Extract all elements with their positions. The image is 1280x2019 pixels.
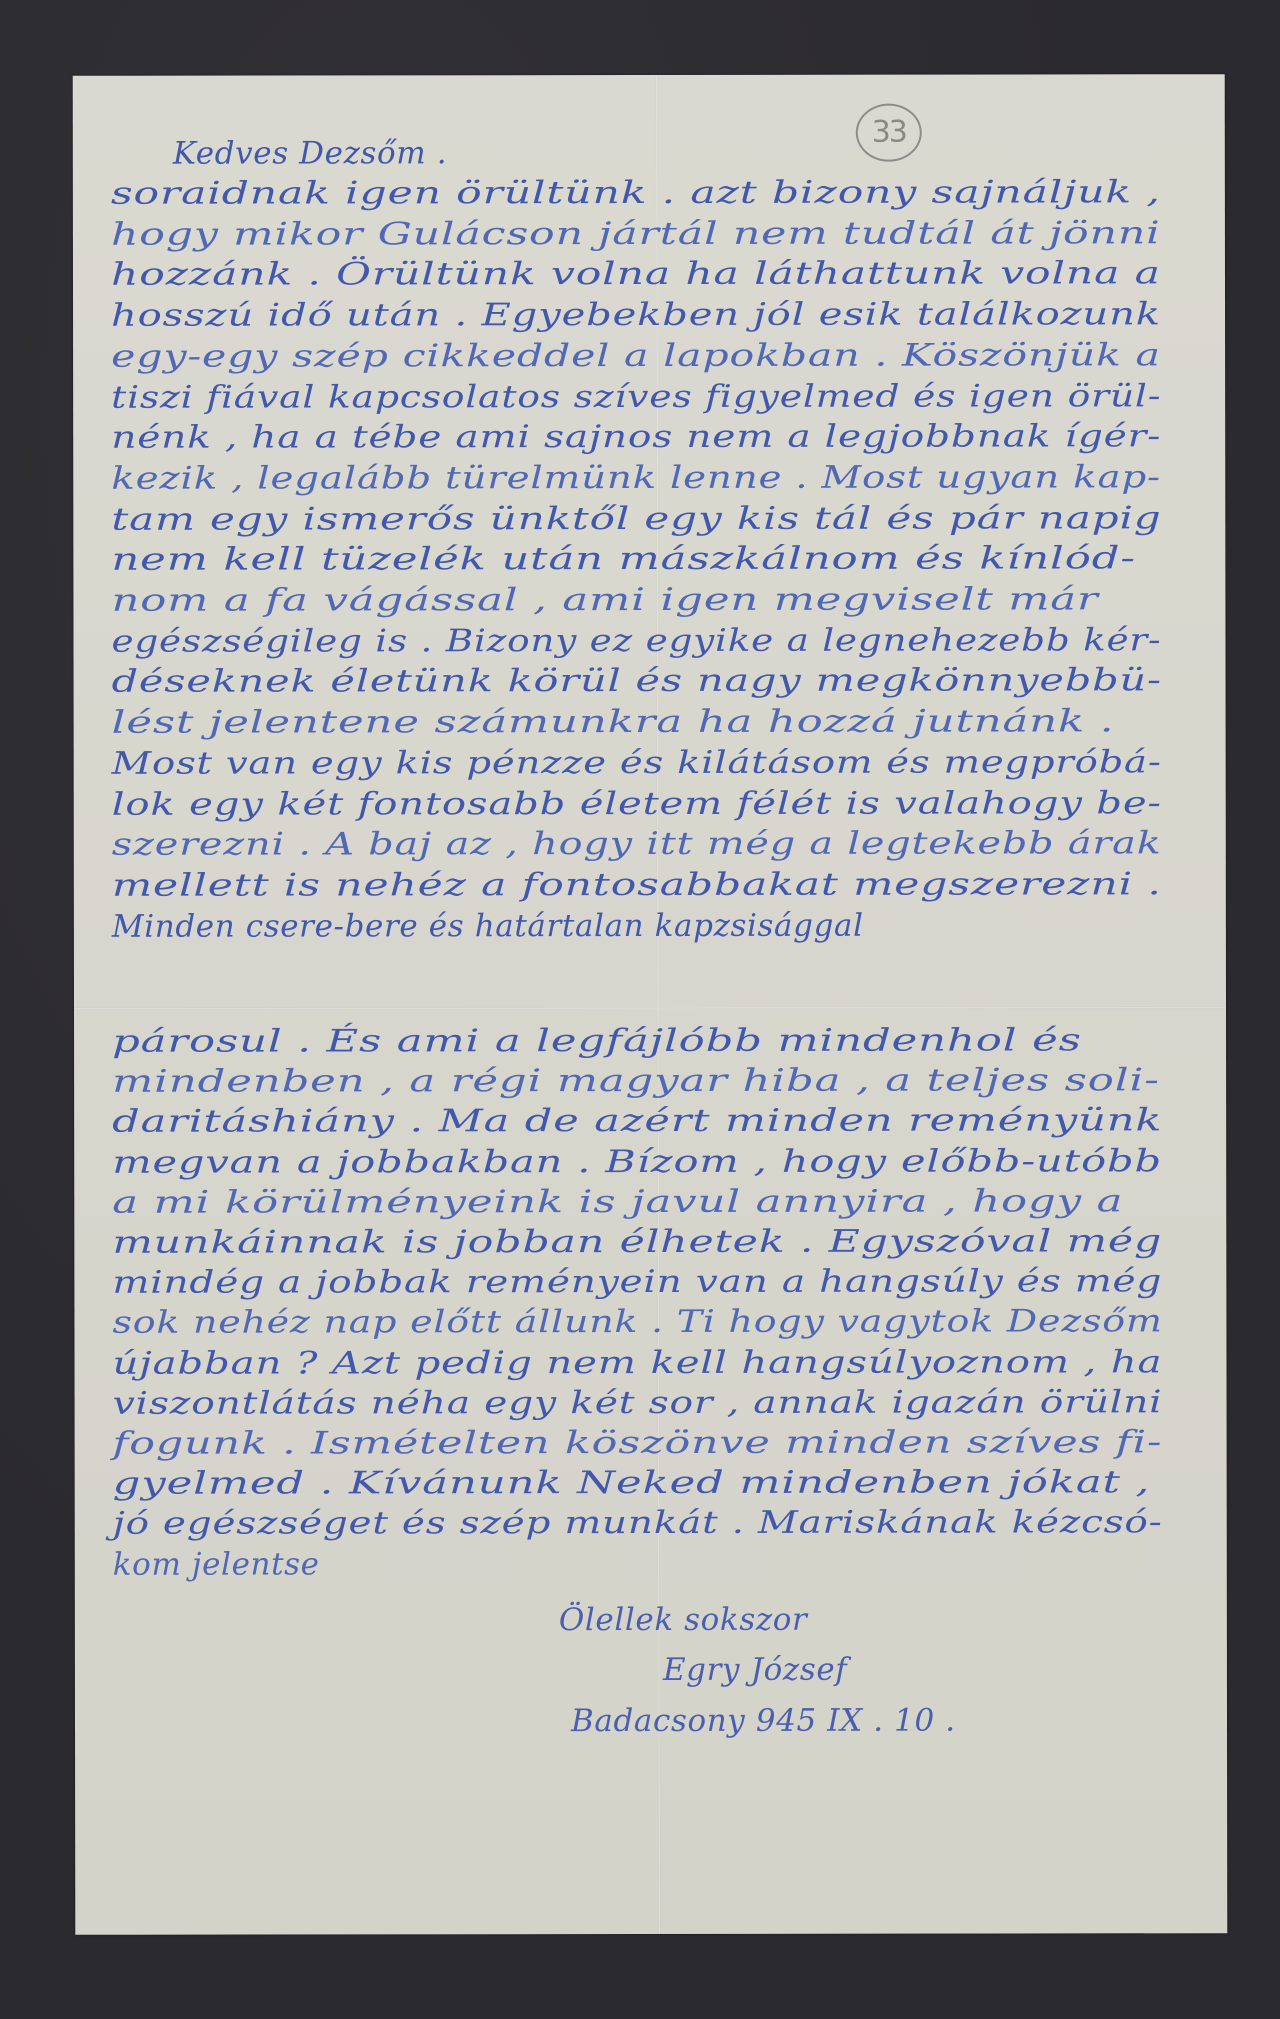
handwritten-line: Most van egy kis pénzze és kilátásom és … xyxy=(112,744,1162,781)
salutation: Kedves Dezsőm . xyxy=(173,135,447,171)
handwritten-line: mindenben , a régi magyar hiba , a telje… xyxy=(112,1062,1160,1099)
handwritten-line: jó egészséget és szép munkát . Mariskána… xyxy=(113,1505,1163,1542)
handwritten-line: párosul . És ami a legfájlóbb mindenhol … xyxy=(112,1022,1082,1059)
closing-line: Ölellek sokszor xyxy=(559,1602,808,1638)
handwritten-line: szerezni . A baj az , hogy itt még a leg… xyxy=(112,825,1162,862)
place-and-date: Badacsony 945 IX . 10 . xyxy=(571,1703,956,1740)
signature: Egry József xyxy=(663,1652,847,1688)
handwritten-line: tam egy ismerős ünktől egy kis tál és pá… xyxy=(111,500,1161,537)
handwritten-line: újabban ? Azt pedig nem kell hangsúlyozn… xyxy=(112,1344,1162,1381)
handwritten-line: egészségileg is . Bizony ez egyike a leg… xyxy=(111,622,1161,659)
handwritten-line: tiszi fiával kapcsolatos szíves figyelme… xyxy=(111,378,1161,415)
handwritten-line: lést jelentene számunkra ha hozzá jutnán… xyxy=(112,703,1115,740)
folio-number-stamp: 33 xyxy=(856,104,922,162)
handwritten-line: nem kell tüzelék után mászkálnom és kínl… xyxy=(111,541,1135,578)
handwritten-line: soraidnak igen örültünk . azt bizony saj… xyxy=(111,174,1161,211)
handwritten-line: megvan a jobbakban . Bízom , hogy előbb-… xyxy=(112,1143,1162,1180)
handwritten-line: a mi körülményeink is javul annyira , ho… xyxy=(112,1183,1123,1220)
handwritten-line: hozzánk . Örültünk volna ha láthattunk v… xyxy=(111,256,1161,293)
handwritten-line: gyelmed . Kívánunk Neked mindenben jókat… xyxy=(113,1464,1150,1501)
handwritten-line: mindég a jobbak reményein van a hangsúly… xyxy=(112,1263,1162,1300)
handwritten-line: déseknek életünk körül és nagy megkönnye… xyxy=(112,663,1162,700)
handwritten-line: nénk , ha a tébe ami sajnos nem a legjob… xyxy=(111,418,1161,455)
handwritten-line: nom a fa vágással , ami igen megviselt m… xyxy=(111,581,1098,618)
handwritten-line: lok egy két fontosabb életem félét is va… xyxy=(112,785,1162,822)
handwritten-line: hogy mikor Gulácson jártál nem tudtál át… xyxy=(111,215,1161,252)
handwritten-line: sok nehéz nap előtt állunk . Ti hogy vag… xyxy=(112,1304,1162,1341)
letter-sheet: 33 Kedves Dezsőm . Ölellek sokszor Egry … xyxy=(73,74,1228,1935)
handwritten-line: hosszú idő után . Egyebekben jól esik ta… xyxy=(111,296,1161,333)
handwritten-line: kom jelentse xyxy=(113,1546,320,1582)
horizontal-fold-crease xyxy=(74,1006,1226,1010)
handwritten-line: munkáinnak is jobban élhetek . Egyszóval… xyxy=(112,1223,1162,1260)
handwritten-line: Minden csere-bere és határtalan kapzsisá… xyxy=(112,907,864,944)
handwritten-line: mellett is nehéz a fontosabbakat megszer… xyxy=(112,866,1162,903)
handwritten-line: kezik , legalább türelmünk lenne . Most … xyxy=(111,459,1161,496)
handwritten-line: daritáshiány . Ma de azért minden remény… xyxy=(112,1103,1162,1140)
handwritten-line: egy-egy szép cikkeddel a lapokban . Kösz… xyxy=(111,337,1161,374)
handwritten-line: viszontlátás néha egy két sor , annak ig… xyxy=(113,1384,1163,1421)
handwritten-line: fogunk . Ismételten köszönve minden szív… xyxy=(113,1424,1163,1461)
